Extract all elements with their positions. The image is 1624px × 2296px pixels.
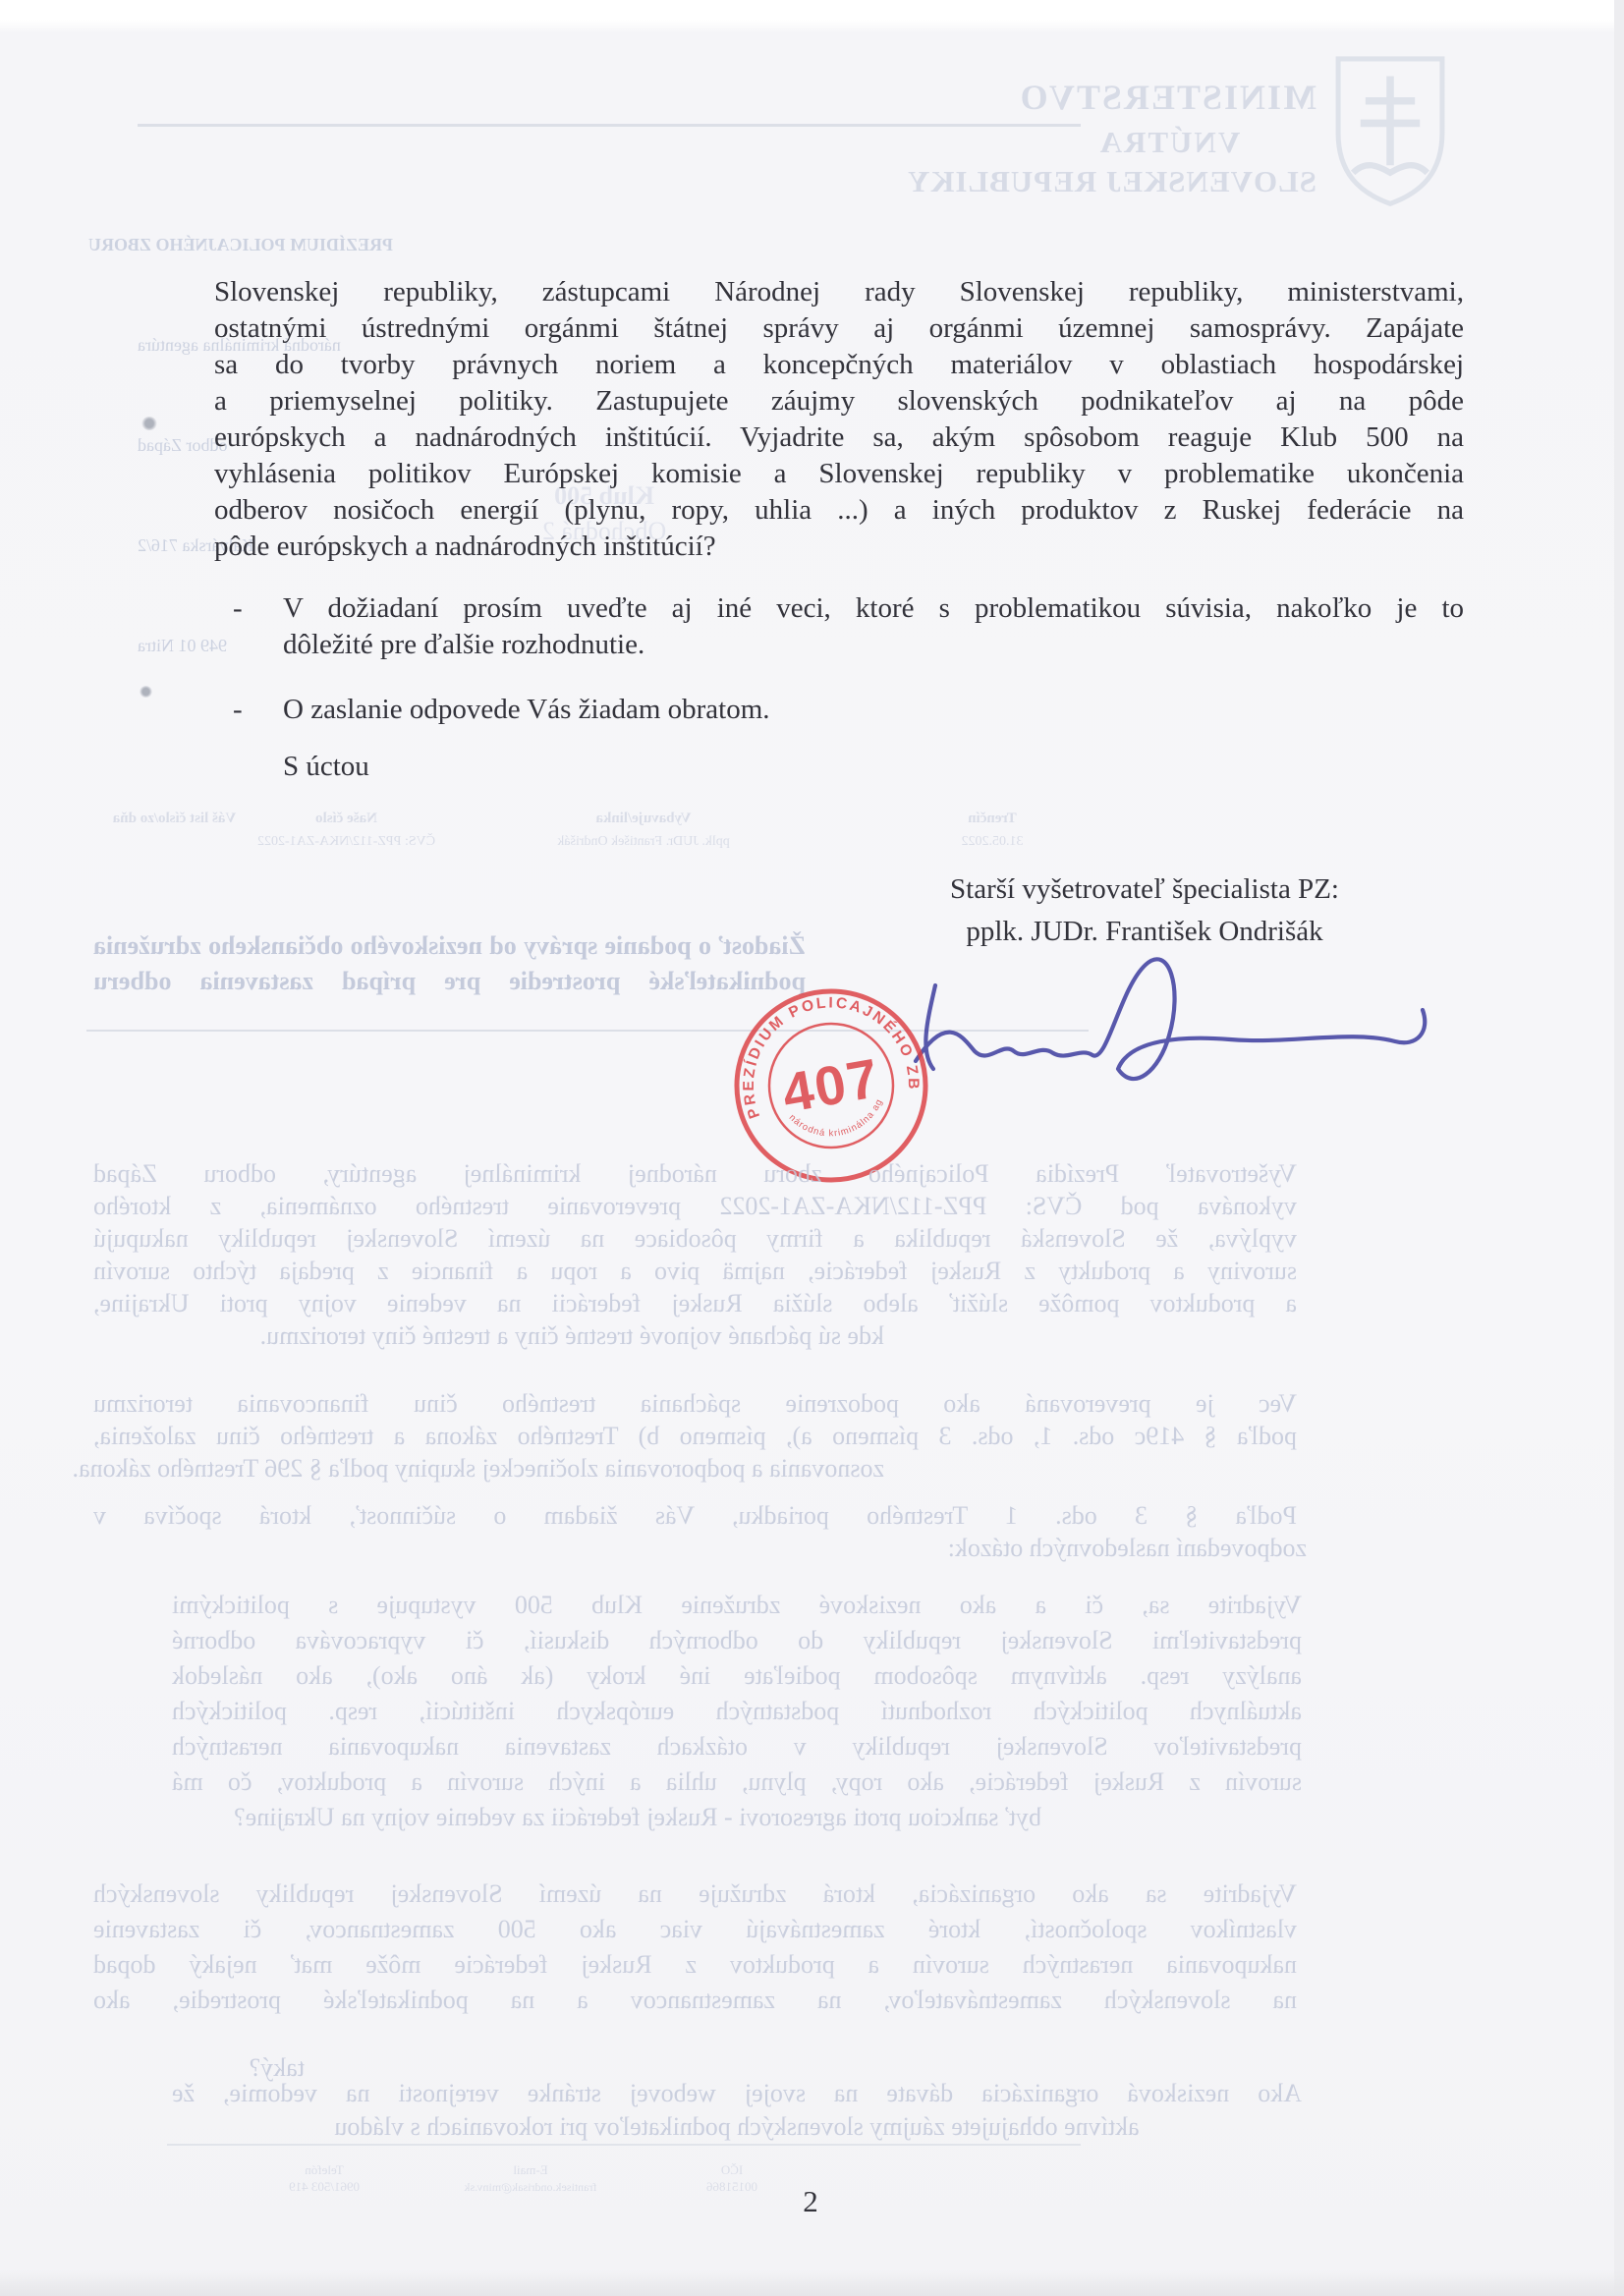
bullet-dash: - (233, 591, 243, 625)
bleed-p4-line: predstaviteľov Slovenskej republiky v ot… (172, 1732, 1302, 1764)
body-line: pôde európskych a nadnárodných inštitúci… (214, 530, 716, 563)
bleed-p4-line: analýzy resp. aktívnym spôsobom podieľat… (172, 1661, 1302, 1693)
bleed-p1-line: suroviny a produkty z Ruskej federácie, … (93, 1257, 1297, 1288)
bleed-p1-line: vyplýva, že Slovenská republika a firmy … (93, 1224, 1297, 1256)
bleed-ref-col4-value: 31.05.2022 (933, 827, 1051, 857)
bleed-ministry-line1: MINISTERSTVO (1022, 83, 1316, 112)
bleed-p2-line: zosnovania a podporovania zločineckej sk… (295, 1454, 884, 1484)
bleed-p3-line: zodpovedaní nasledovných otázok: (963, 1534, 1307, 1563)
bleed-p4-line: predstaviteľmi Slovenskej republiky do o… (172, 1626, 1302, 1657)
bullet2-line: O zaslanie odpovede Vás žiadam obratom. (283, 693, 770, 726)
bleed-p4-line: byť sankciou proti agresorovi - Ruskej f… (236, 1803, 1041, 1832)
bleed-p4-line: Vyjadrite sa, či a ako neziskové združen… (172, 1591, 1302, 1622)
bleed-office-line1: PREZÍDIUM POLICAJNÉHO ZBORU (138, 228, 393, 261)
body-line: a priemyselnej politiky. Zastupujete záu… (214, 384, 1464, 420)
signature-title: Starší vyšetrovateľ špecialista PZ: (909, 872, 1380, 906)
body-line: sa do tvorby právnych noriem a koncepčný… (214, 348, 1464, 383)
handwritten-signature (865, 941, 1464, 1152)
scanned-letter-page: MINISTERSTVO VNÚTRA SLOVENSKEJ REPUBLIKY… (0, 0, 1624, 2296)
bleed-footer-value1: 0961/503 419 (246, 2172, 403, 2202)
body-line: odberov nosičoch energií (plynu, ropy, u… (214, 493, 1464, 529)
bleed-p1-line: vykonáva pod ČVS: PPZ-112/NKA-ZA1-2022 p… (93, 1192, 1297, 1223)
bleed-p2-line: Vec je preverovaná ako podozrenie spácha… (93, 1389, 1297, 1421)
bullet-dash: - (233, 693, 243, 726)
bleed-p1-line: Vyšetrovateľ Prezídia Policajného zboru … (93, 1159, 1297, 1191)
bullet1-line: dôležité pre ďalšie rozhodnutie. (283, 628, 644, 661)
scan-dot (141, 417, 157, 430)
body-line: ostatnými ústrednými orgánmi štátnej spr… (214, 311, 1464, 347)
bleed-p1-line: kde sú páchané vojnové trestné činy a tr… (334, 1321, 884, 1351)
bleed-p5-line: na slovenských zamestnávateľov, na zames… (93, 1986, 1297, 2017)
bleed-p4-line: aktuálnych politických rozhodnutí podsta… (172, 1697, 1302, 1728)
bleed-footer-value2: frantisek.ondrisak@minv.sk (393, 2172, 668, 2202)
bleed-p5-line: nakupovania nerastných surovín a produkt… (93, 1950, 1297, 1982)
closing-salutation: S úctou (283, 750, 369, 783)
bleed-p3-line: Podľa § 3 ods. 1 Trestného poriadku, Vás… (93, 1501, 1297, 1533)
scan-edge-bottom (0, 2270, 1624, 2296)
bleed-ministry-line3: SLOVENSKEJ REPUBLIKY (1022, 167, 1316, 196)
bleed-p2-line: podľa § 419c ods. 1, ods. 3 písmeno a), … (93, 1422, 1297, 1453)
bleed-subject-line: Žiadosť o podanie správy od neziskového … (93, 931, 806, 963)
body-line: európskych a nadnárodných inštitúcií. Vy… (214, 420, 1464, 456)
bleed-header-rule (138, 124, 1081, 127)
scan-dot (140, 686, 152, 698)
bleed-p6-line: aktívne obhajujete záujmy slovenských po… (226, 2112, 1248, 2142)
bleed-subject-line: podnikateľské prostredie pre prípad zast… (93, 967, 806, 998)
page-number: 2 (756, 2185, 865, 2218)
bleed-p5-line: Vyjadrite sa ako organizácia, ktorá zdru… (93, 1879, 1297, 1911)
body-line: vyhlásenia politikov Európskej komisie a… (214, 457, 1464, 492)
bleed-p1-line: a produktov pomôže slúžiť alebo slúžia R… (93, 1289, 1297, 1320)
body-line: Slovenskej republiky, zástupcami Národne… (214, 275, 1464, 310)
bleed-ref-col2-value: ČVS: PPZ-112/NKA-ZA1-2022 (226, 827, 467, 857)
bleed-ministry-line2: VNÚTRA (1022, 128, 1316, 157)
bleed-ref-col3-value: pplk. JUDr. František Ondrišák (511, 827, 776, 857)
bullet1-line: V dožiadaní prosím uveďte aj iné veci, k… (283, 591, 1464, 627)
scan-edge-right (1614, 0, 1624, 2296)
bleed-footer-rule (167, 2144, 1081, 2146)
coat-of-arms-icon (1328, 51, 1452, 210)
bleed-p4-line: surovín z Ruskej federácie, ako ropy, pl… (172, 1767, 1302, 1799)
bleed-p5-line: vlastníkov spoločností, ktoré zamestnáva… (93, 1915, 1297, 1946)
bleed-p6-line: Ako nezisková organizácia dávate na svoj… (172, 2079, 1302, 2110)
